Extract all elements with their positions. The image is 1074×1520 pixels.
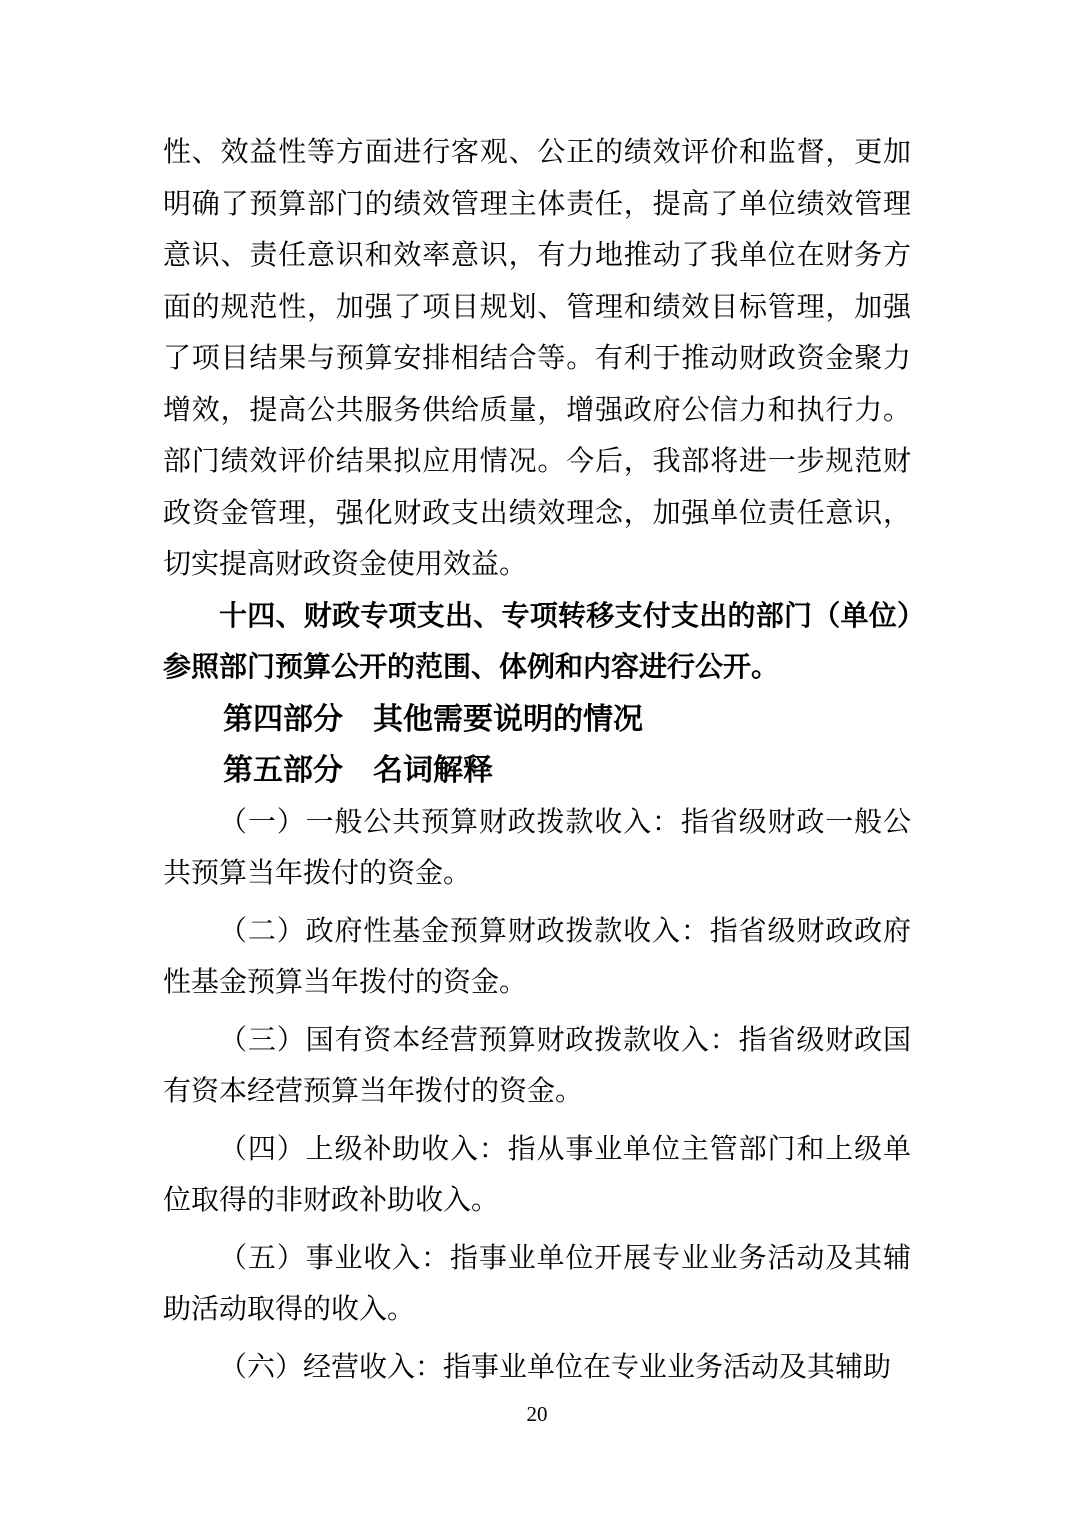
document-body: 性、效益性等方面进行客观、公正的绩效评价和监督，更加明确了预算部门的绩效管理主体… <box>163 127 911 1393</box>
definition-item-6-operating-income: （六）经营收入：指事业单位在专业业务活动及其辅助 <box>163 1342 911 1394</box>
page-number: 20 <box>0 1402 1074 1427</box>
definition-item-1-general-public-budget: （一）一般公共预算财政拨款收入：指省级财政一般公共预算当年拨付的资金。 <box>163 797 911 900</box>
heading-part-4: 第四部分 其他需要说明的情况 <box>163 694 911 746</box>
heading-part-5: 第五部分 名词解释 <box>163 745 911 797</box>
definition-item-3-state-capital-budget: （三）国有资本经营预算财政拨款收入：指省级财政国有资本经营预算当年拨付的资金。 <box>163 1015 911 1118</box>
document-page: 性、效益性等方面进行客观、公正的绩效评价和监督，更加明确了预算部门的绩效管理主体… <box>0 0 1074 1520</box>
definition-item-5-institution-income: （五）事业收入：指事业单位开展专业业务活动及其辅助活动取得的收入。 <box>163 1233 911 1336</box>
definition-item-2-government-fund-budget: （二）政府性基金预算财政拨款收入：指省级财政政府性基金预算当年拨付的资金。 <box>163 906 911 1009</box>
body-paragraph-performance-evaluation: 性、效益性等方面进行客观、公正的绩效评价和监督，更加明确了预算部门的绩效管理主体… <box>163 127 911 591</box>
definition-item-4-superior-subsidy-income: （四）上级补助收入：指从事业单位主管部门和上级单位取得的非财政补助收入。 <box>163 1124 911 1227</box>
paragraph-item-14-special-funds: 十四、财政专项支出、专项转移支付支出的部门（单位）参照部门预算公开的范围、体例和… <box>163 591 911 694</box>
